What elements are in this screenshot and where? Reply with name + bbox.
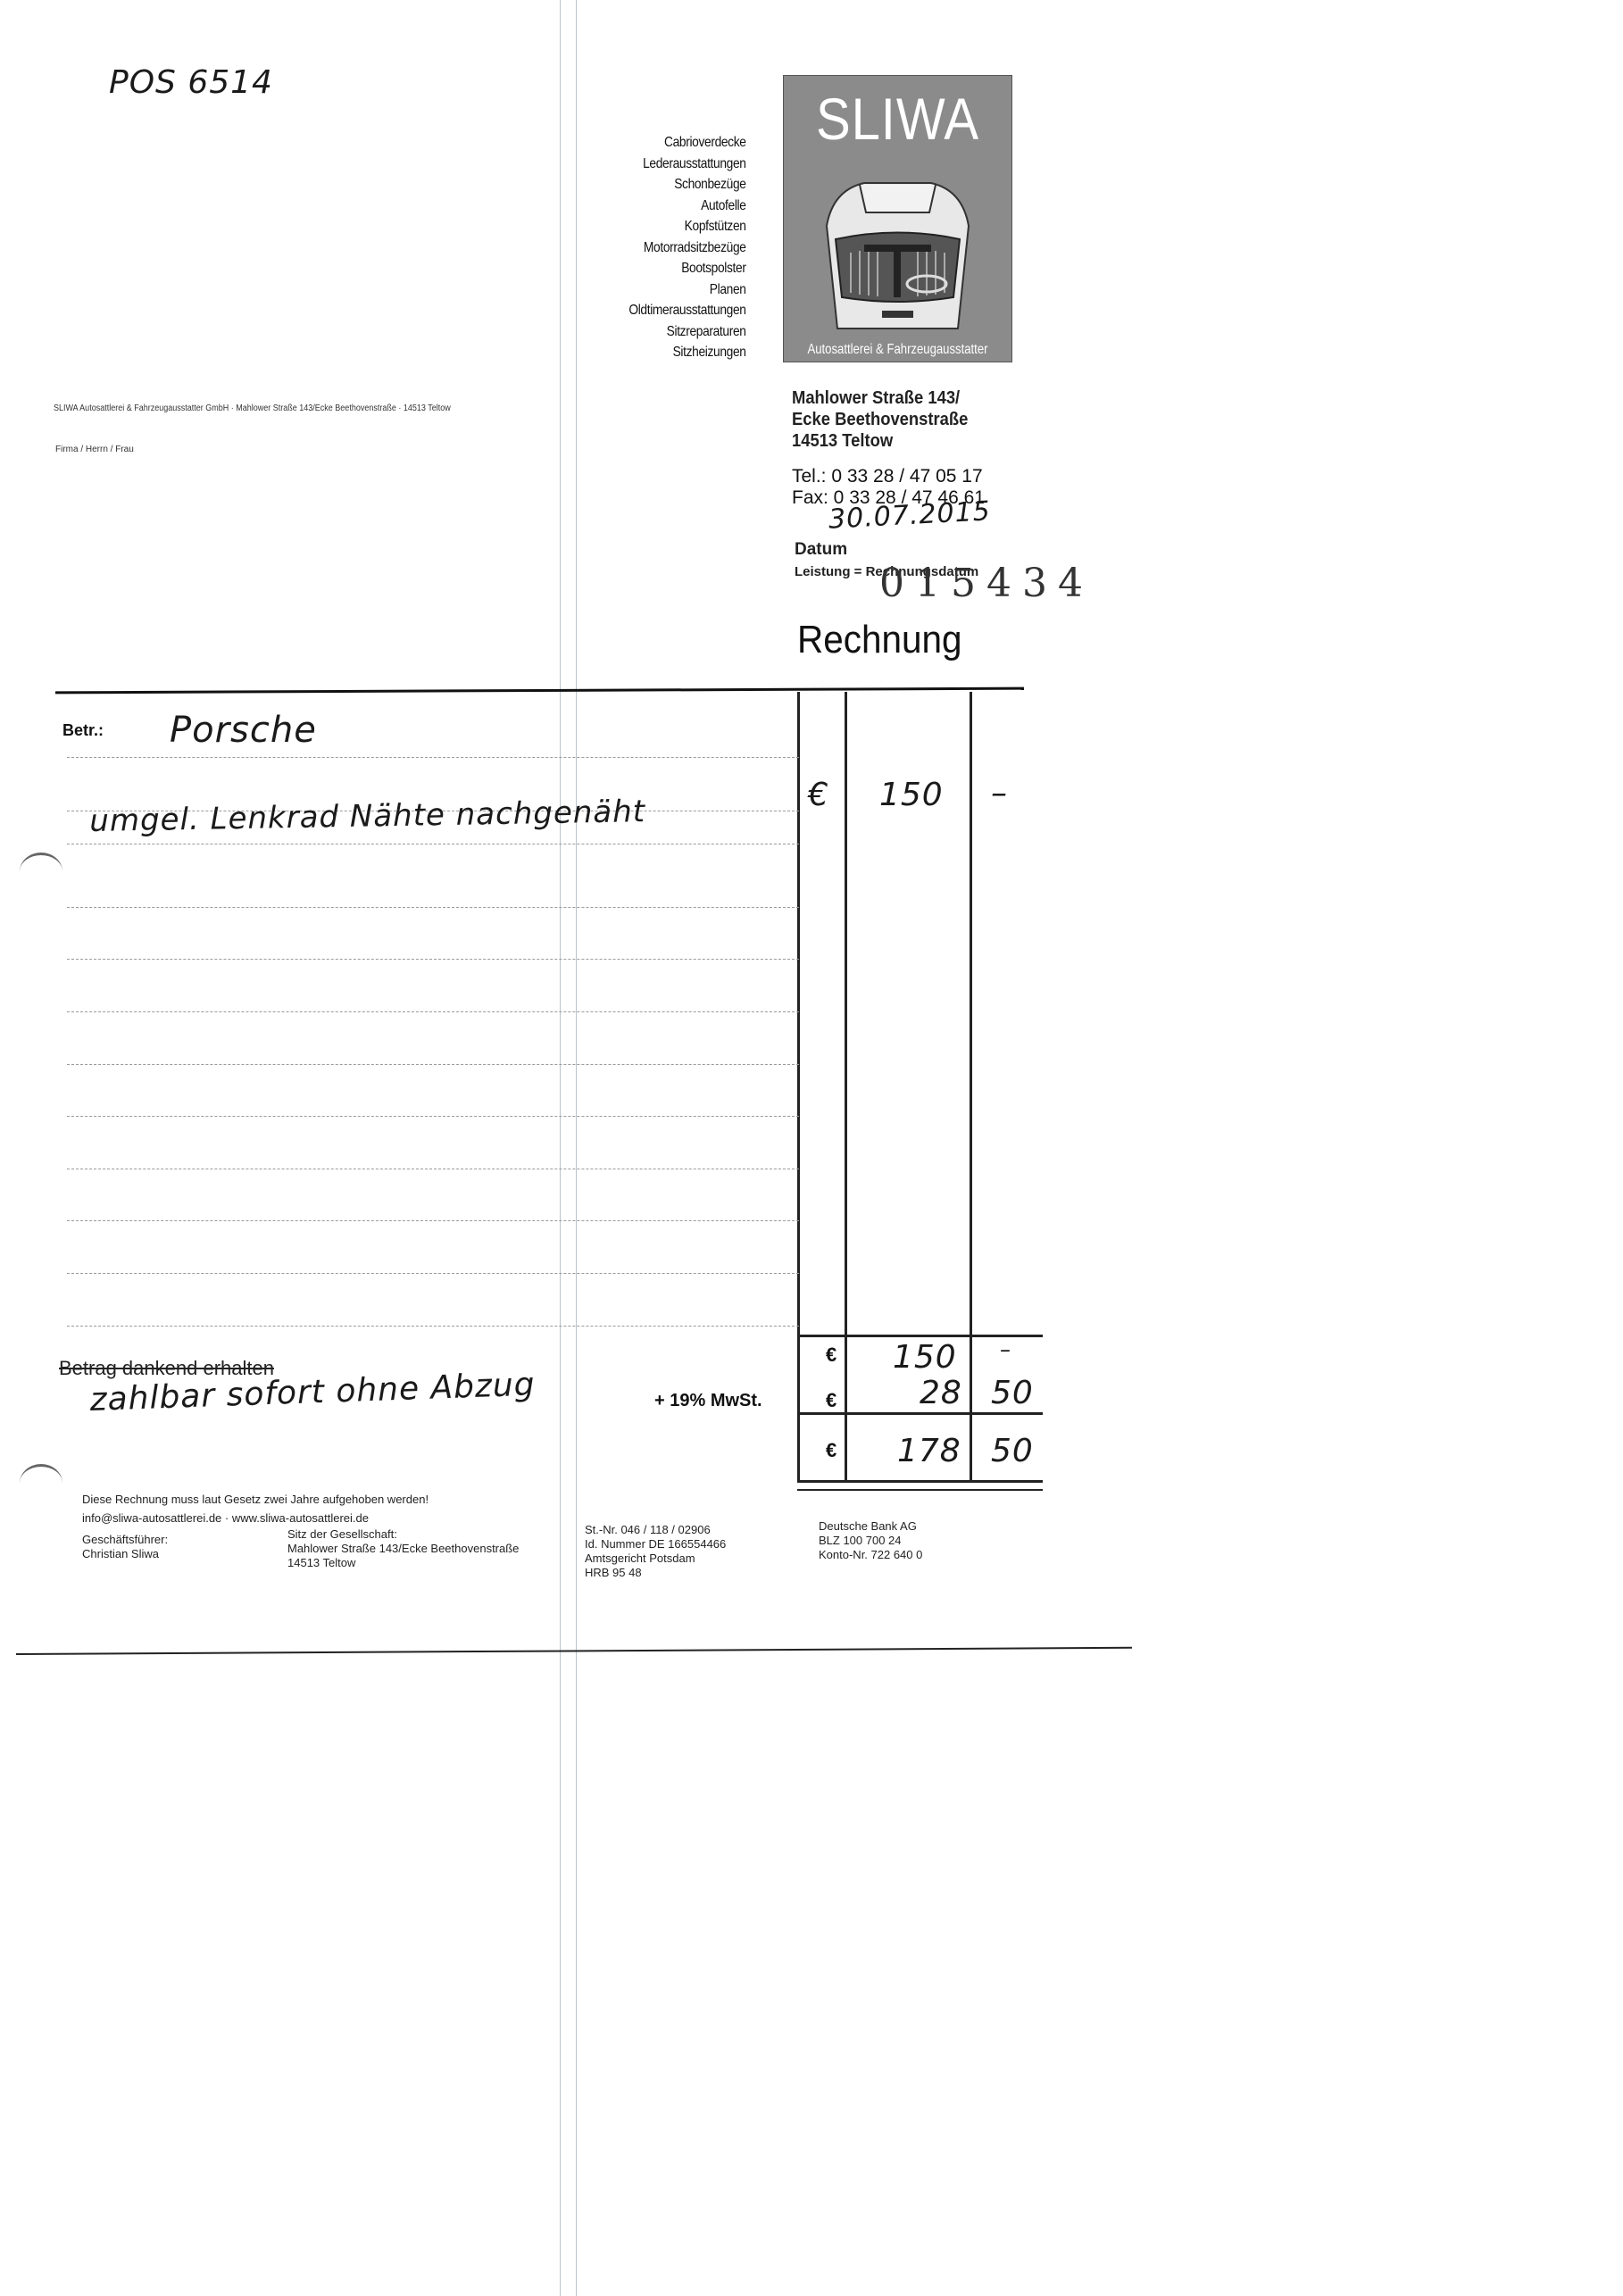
subject-label: Betr.: (62, 721, 104, 740)
scan-fold-line (560, 0, 561, 2296)
court: Amtsgericht Potsdam (585, 1551, 726, 1566)
service-item: Sitzreparaturen (629, 321, 746, 343)
handwritten-annotation: POS 6514 (109, 64, 273, 101)
vat-amount-cent: 50 (991, 1375, 1034, 1411)
document-title: Rechnung (797, 618, 962, 662)
convertible-car-icon (811, 172, 985, 333)
totals-rule (797, 1412, 1043, 1415)
tax-number: St.-Nr. 046 / 118 / 02906 (585, 1523, 726, 1537)
gross-currency: € (826, 1439, 836, 1462)
manager-label: Geschäftsführer: (82, 1533, 168, 1547)
service-item: Cabrioverdecke (629, 132, 746, 154)
service-item: Oldtimerausstattungen (629, 300, 746, 321)
ruled-line (67, 907, 799, 908)
register-number: HRB 95 48 (585, 1566, 726, 1580)
ruled-line (67, 1220, 799, 1221)
vat-label: + 19% MwSt. (654, 1391, 762, 1411)
tax-info-block: St.-Nr. 046 / 118 / 02906 Id. Nummer DE … (585, 1523, 726, 1580)
line-item-amount-euro: 150 (879, 777, 944, 813)
seat-address: Mahlower Straße 143/Ecke Beethovenstraße (287, 1542, 519, 1556)
company-seat-block: Sitz der Gesellschaft: Mahlower Straße 1… (287, 1527, 519, 1570)
company-address: Mahlower Straße 143/ Ecke Beethovenstraß… (792, 387, 968, 452)
net-currency: € (826, 1343, 836, 1367)
ruled-line (67, 1116, 799, 1117)
service-item: Schonbezüge (629, 174, 746, 195)
service-item: Motorradsitzbezüge (629, 237, 746, 259)
seat-address: 14513 Teltow (287, 1556, 519, 1570)
address-line: Mahlower Straße 143/ (792, 387, 968, 409)
invoice-number: 015434 (879, 561, 1094, 606)
phone-number: Tel.: 0 33 28 / 47 05 17 (792, 466, 985, 487)
table-column-rule (970, 692, 972, 1482)
totals-double-rule (797, 1489, 1043, 1491)
table-top-rule (55, 687, 1024, 695)
bank-code: BLZ 100 700 24 (819, 1534, 922, 1548)
sender-return-address: SLIWA Autosattlerei & Fahrzeugausstatter… (54, 403, 451, 413)
line-item-currency: € (808, 777, 829, 813)
address-line: 14513 Teltow (792, 430, 968, 452)
logo-subtitle: Autosattlerei & Fahrzeugausstatter (804, 342, 991, 358)
service-item: Lederausstattungen (629, 154, 746, 175)
services-list: Cabrioverdecke Lederausstattungen Schonb… (629, 132, 746, 363)
service-item: Planen (629, 279, 746, 301)
company-logo: SLIWA Autosattlerei & Fahrzeugausstatter (783, 75, 1012, 362)
bank-name: Deutsche Bank AG (819, 1519, 922, 1534)
gross-amount-euro: 178 (897, 1433, 961, 1469)
service-item: Autofelle (629, 195, 746, 217)
service-item: Bootspolster (629, 258, 746, 279)
punch-hole-mark (20, 1464, 62, 1502)
table-column-rule (845, 692, 847, 1482)
ruled-line (67, 844, 799, 844)
recipient-label: Firma / Herrn / Frau (55, 445, 134, 454)
retention-note: Diese Rechnung muss laut Gesetz zwei Jah… (82, 1493, 429, 1507)
line-item-description: umgel. Lenkrad Nähte nachgenäht (89, 794, 645, 839)
ruled-line (67, 1273, 799, 1274)
line-item-amount-cent: – (991, 775, 1008, 811)
ruled-line (67, 959, 799, 960)
address-line: Ecke Beethovenstraße (792, 409, 968, 430)
ruled-line (67, 1326, 799, 1327)
service-item: Sitzheizungen (629, 342, 746, 363)
seat-label: Sitz der Gesellschaft: (287, 1527, 519, 1542)
ruled-line (67, 1169, 799, 1169)
date-label: Datum (795, 540, 847, 560)
punch-hole-mark (20, 853, 62, 891)
bank-info-block: Deutsche Bank AG BLZ 100 700 24 Konto-Nr… (819, 1519, 922, 1562)
vat-amount-euro: 28 (920, 1375, 962, 1411)
manager-block: Geschäftsführer: Christian Sliwa (82, 1533, 168, 1561)
account-number: Konto-Nr. 722 640 0 (819, 1548, 922, 1562)
page-cut-line (16, 1647, 1132, 1655)
totals-rule (797, 1480, 1043, 1483)
net-amount-euro: 150 (893, 1339, 957, 1376)
logo-title: SLIWA (797, 85, 997, 153)
net-amount-cent: – (1000, 1337, 1011, 1362)
vat-currency: € (826, 1389, 836, 1412)
vat-id: Id. Nummer DE 166554466 (585, 1537, 726, 1551)
scan-fold-line (576, 0, 577, 2296)
manager-name: Christian Sliwa (82, 1547, 168, 1561)
ruled-line (67, 757, 799, 758)
ruled-line (67, 1011, 799, 1012)
gross-amount-cent: 50 (991, 1433, 1034, 1469)
subject-value: Porsche (170, 710, 317, 751)
contact-email-web: info@sliwa-autosattlerei.de · www.sliwa-… (82, 1511, 369, 1526)
ruled-line (67, 1064, 799, 1065)
service-item: Kopfstützen (629, 216, 746, 237)
